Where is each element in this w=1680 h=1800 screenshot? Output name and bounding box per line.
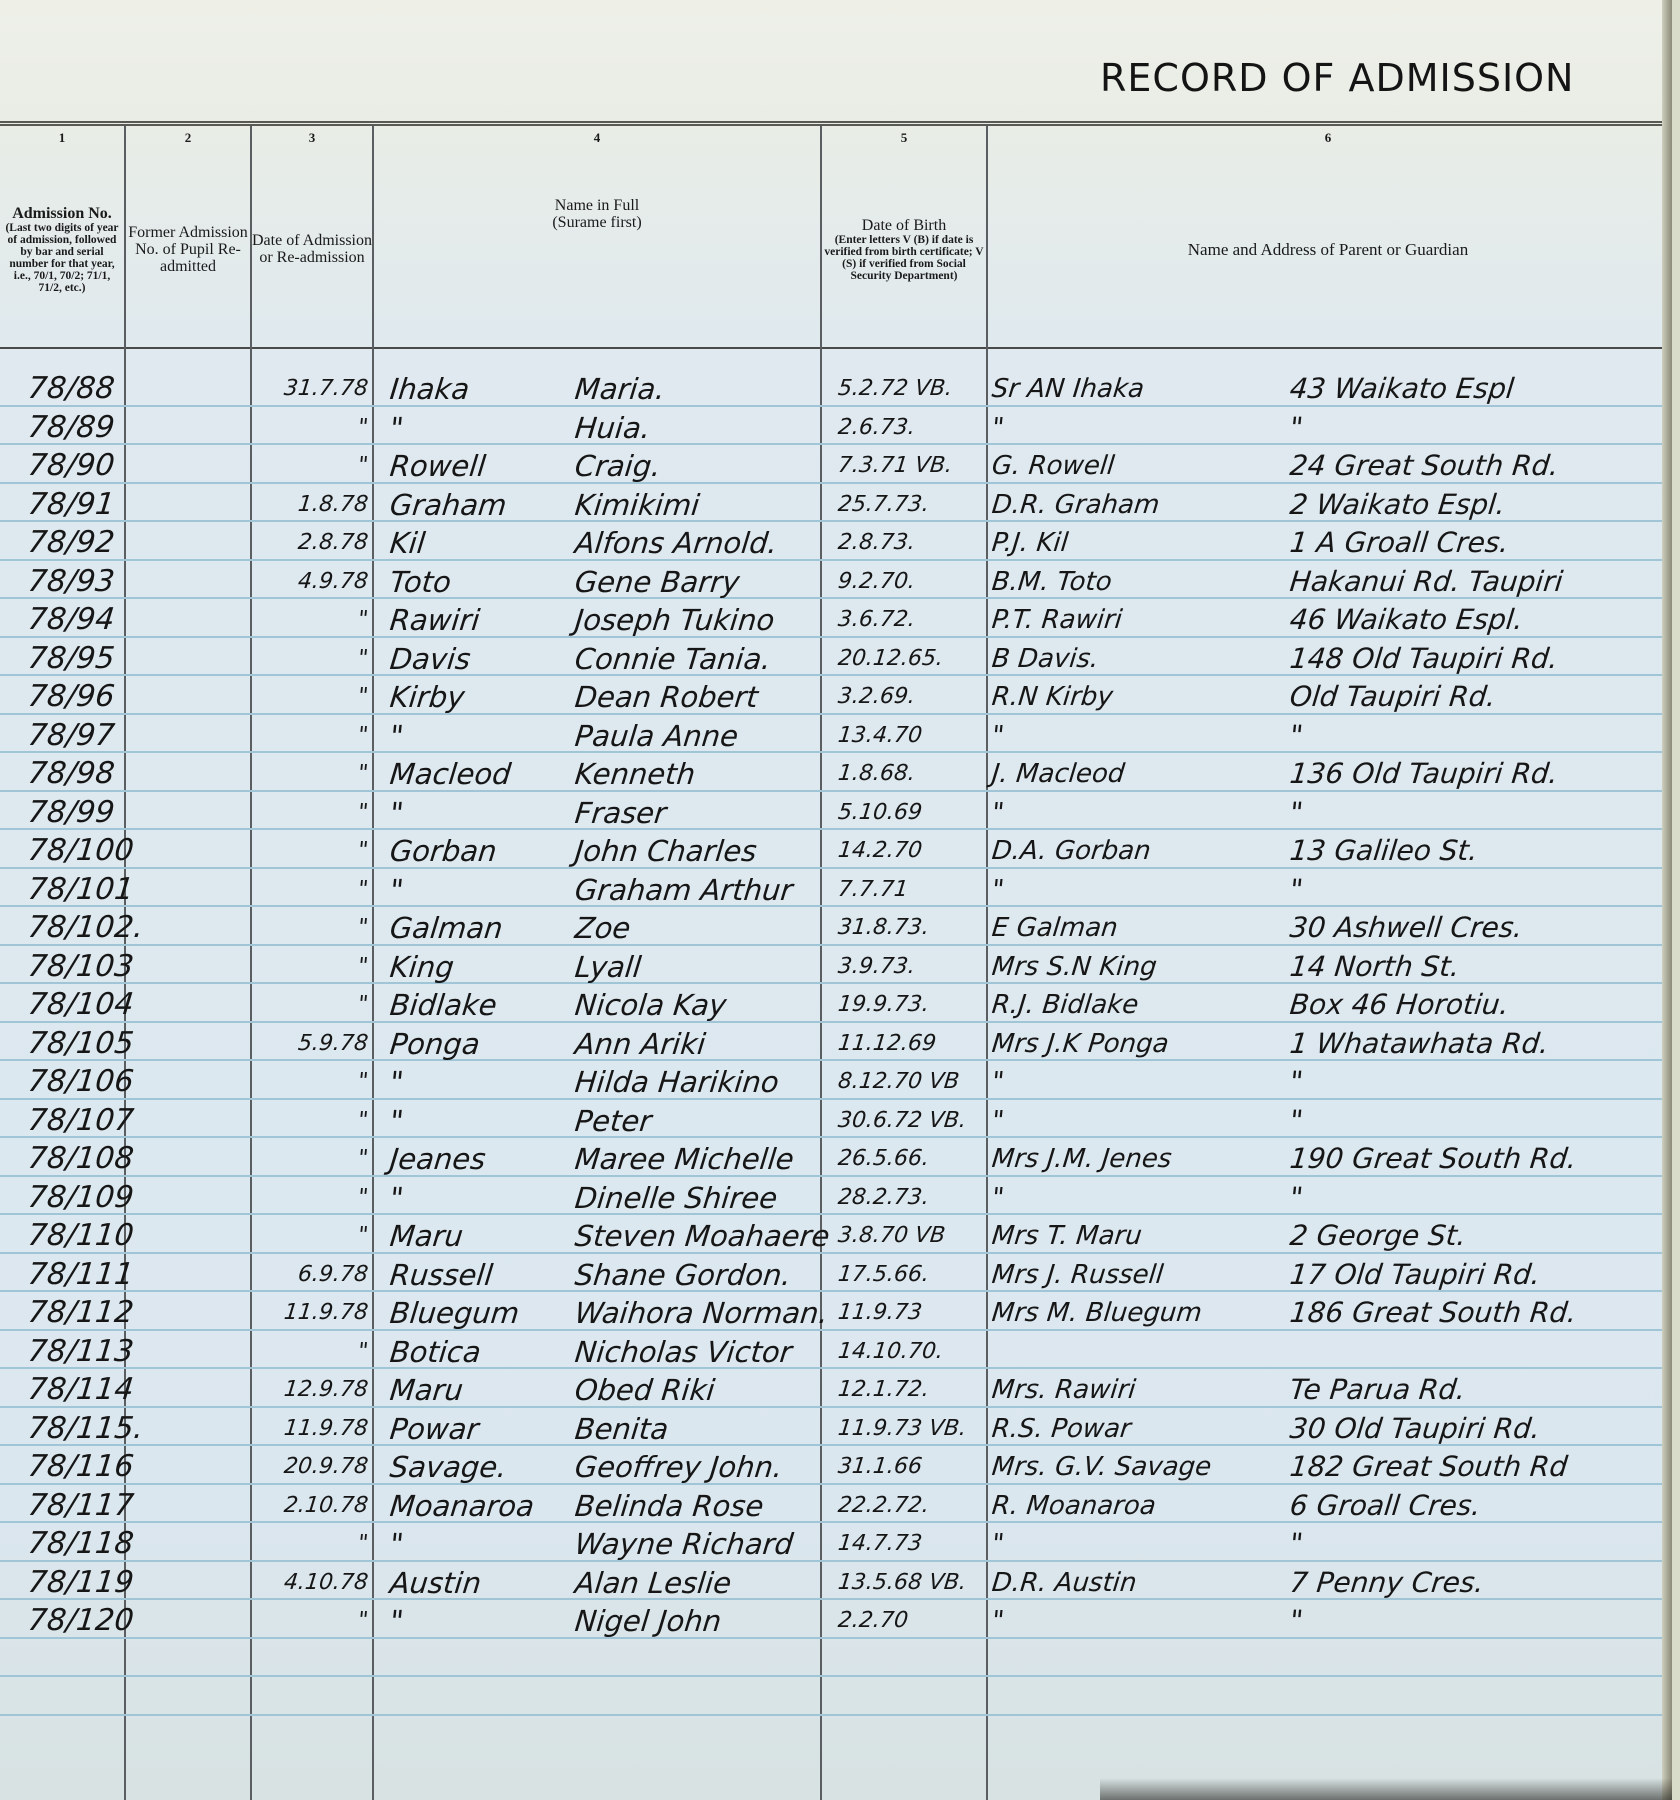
given-names: Obed Riki (573, 1373, 716, 1407)
ledger-page: RECORD OF ADMISSION 1 Admission No. (Las… (0, 0, 1672, 1800)
surname: Graham (388, 488, 508, 522)
parent-address: 13 Galileo St. (1288, 834, 1479, 868)
given-names: Nigel John (573, 1604, 723, 1638)
admission-date: " (238, 449, 370, 483)
parent-address: 1 Whatawhata Rd. (1288, 1027, 1550, 1061)
admission-date: " (238, 1181, 370, 1215)
date-of-birth: 13.4.70 (836, 719, 924, 753)
admission-number: 78/88 (26, 372, 116, 406)
column-label: Name and Address of Parent or Guardian (1188, 242, 1468, 257)
surname: Maru (388, 1373, 465, 1407)
parent-name: D.R. Austin (990, 1566, 1138, 1600)
column-header-parent-guardian: 6 Name and Address of Parent or Guardian (988, 130, 1668, 345)
parent-address: " (1288, 1181, 1304, 1215)
admission-date: " (238, 1104, 370, 1138)
parent-name: B.M. Toto (990, 565, 1113, 599)
date-of-birth: 11.12.69 (836, 1027, 938, 1061)
surname: " (388, 796, 405, 830)
surname: " (388, 1181, 405, 1215)
parent-address: 30 Ashwell Cres. (1288, 911, 1524, 945)
date-of-birth: 11.9.73 (836, 1296, 924, 1330)
admission-number: 78/104 (26, 988, 135, 1022)
admission-number: 78/115. (26, 1412, 145, 1446)
given-names: John Charles (573, 834, 758, 868)
given-names: Kimikimi (573, 488, 701, 522)
parent-name: D.R. Graham (990, 488, 1161, 522)
surname: " (388, 1604, 405, 1638)
parent-name: B Davis. (990, 642, 1100, 676)
date-of-birth: 26.5.66. (836, 1142, 931, 1176)
parent-address: 182 Great South Rd (1288, 1450, 1569, 1484)
date-of-birth: 2.2.70 (836, 1604, 910, 1638)
date-of-birth: 14.10.70. (836, 1335, 945, 1369)
date-of-birth: 5.10.69 (836, 796, 924, 830)
column-sublabel: (Surame first) (552, 214, 641, 231)
given-names: Lyall (573, 950, 643, 984)
date-of-birth: 25.7.73. (836, 488, 931, 522)
admission-date: " (238, 1604, 370, 1638)
date-of-birth: 1.8.68. (836, 757, 917, 791)
date-of-birth: 13.5.68 VB. (836, 1566, 968, 1600)
admission-number: 78/90 (26, 449, 116, 483)
surname: " (388, 1065, 405, 1099)
date-of-birth: 3.9.73. (836, 950, 917, 984)
column-number: 1 (59, 130, 66, 145)
given-names: Maree Michelle (573, 1142, 795, 1176)
parent-address: " (1288, 719, 1304, 753)
date-of-birth: 20.12.65. (836, 642, 945, 676)
date-of-birth: 31.1.66 (836, 1450, 924, 1484)
date-of-birth: 7.3.71 VB. (836, 449, 954, 483)
parent-address: " (1288, 796, 1304, 830)
given-names: Fraser (573, 796, 668, 830)
surname: Botica (388, 1335, 482, 1369)
admission-number: 78/107 (26, 1104, 135, 1138)
date-of-birth: 19.9.73. (836, 988, 931, 1022)
admission-date: 31.7.78 (238, 372, 370, 406)
given-names: Joseph Tukino (573, 603, 776, 637)
parent-address: 6 Groall Cres. (1288, 1489, 1482, 1523)
admission-number: 78/102. (26, 911, 145, 945)
given-names: Belinda Rose (573, 1489, 765, 1523)
column-number: 4 (594, 130, 601, 145)
parent-name: Mrs. G.V. Savage (990, 1450, 1213, 1484)
admission-number: 78/111 (26, 1258, 135, 1292)
surname: Rowell (388, 449, 487, 483)
surname: Ihaka (388, 372, 471, 406)
admission-date: 4.10.78 (238, 1566, 370, 1600)
admission-number: 78/100 (26, 834, 135, 868)
admission-number: 78/99 (26, 796, 116, 830)
column-header-date-of-birth: 5 Date of Birth (Enter letters V (B) if … (822, 130, 986, 345)
admission-number: 78/101 (26, 873, 135, 907)
column-sublabel: (Last two digits of year of admission, f… (2, 222, 122, 294)
parent-name: " (990, 411, 1006, 445)
given-names: Nicola Kay (573, 988, 728, 1022)
surname: Maru (388, 1219, 465, 1253)
parent-address: Te Paruа Rd. (1288, 1373, 1467, 1407)
parent-name: Mrs J.M. Jenes (990, 1142, 1173, 1176)
parent-address: 148 Old Taupiri Rd. (1288, 642, 1559, 676)
admission-number: 78/120 (26, 1604, 135, 1638)
ruled-line (0, 1675, 1668, 1677)
admission-number: 78/118 (26, 1527, 135, 1561)
admission-date: 1.8.78 (238, 488, 370, 522)
parent-address: " (1288, 1604, 1304, 1638)
column-number: 6 (1325, 130, 1332, 145)
given-names: Connie Tania. (573, 642, 772, 676)
admission-number: 78/89 (26, 411, 116, 445)
parent-address: " (1288, 1527, 1304, 1561)
parent-name: " (990, 1527, 1006, 1561)
parent-address: 30 Old Taupiri Rd. (1288, 1412, 1542, 1446)
given-names: Zoe (573, 911, 632, 945)
admission-date: " (238, 834, 370, 868)
parent-address: " (1288, 411, 1304, 445)
admission-date: 2.8.78 (238, 526, 370, 560)
admission-date: " (238, 1065, 370, 1099)
column-header-former-admission: 2 Former Admission No. of Pupil Re-admit… (126, 130, 250, 345)
admission-number: 78/96 (26, 680, 116, 714)
admission-number: 78/110 (26, 1219, 135, 1253)
date-of-birth: 2.6.73. (836, 411, 917, 445)
given-names: Benita (573, 1412, 670, 1446)
given-names: Steven Moahaere (573, 1219, 831, 1253)
parent-name: " (990, 796, 1006, 830)
admission-date: " (238, 873, 370, 907)
column-divider (986, 126, 988, 1800)
admission-number: 78/91 (26, 488, 116, 522)
given-names: Nicholas Victor (573, 1335, 793, 1369)
surname: Moanaroa (388, 1489, 536, 1523)
given-names: Alan Leslie (573, 1566, 733, 1600)
given-names: Graham Arthur (573, 873, 794, 907)
admission-date: 11.9.78 (238, 1296, 370, 1330)
surname: Rawiri (388, 603, 481, 637)
date-of-birth: 7.7.71 (836, 873, 910, 907)
surname: Jeanes (388, 1142, 487, 1176)
date-of-birth: 14.2.70 (836, 834, 924, 868)
column-label: Date of Admission or Re-admission (252, 232, 372, 266)
ruled-line (0, 1714, 1668, 1716)
parent-address: " (1288, 1104, 1304, 1138)
date-of-birth: 31.8.73. (836, 911, 931, 945)
admission-date: " (238, 1527, 370, 1561)
column-number: 3 (309, 130, 316, 145)
surname: " (388, 873, 405, 907)
given-names: Maria. (573, 372, 666, 406)
surname: Bluegum (388, 1296, 521, 1330)
surname: Powar (388, 1412, 480, 1446)
admission-date: 12.9.78 (238, 1373, 370, 1407)
admission-date: " (238, 680, 370, 714)
date-of-birth: 3.2.69. (836, 680, 917, 714)
parent-name: R.N Kirby (990, 680, 1114, 714)
surname: Russell (388, 1258, 494, 1292)
surname: Gorban (388, 834, 498, 868)
date-of-birth: 12.1.72. (836, 1373, 931, 1407)
column-divider (820, 126, 822, 1800)
parent-address: 1 A Groall Cres. (1288, 526, 1510, 560)
given-names: Craig. (573, 449, 662, 483)
parent-address: Hakanui Rd. Taupiri (1288, 565, 1564, 599)
column-label: Admission No. (2, 205, 122, 222)
date-of-birth: 14.7.73 (836, 1527, 924, 1561)
parent-name: Mrs T. Maru (990, 1219, 1143, 1253)
parent-name: R. Moanaroa (990, 1489, 1157, 1523)
parent-name: " (990, 1065, 1006, 1099)
admission-date: 20.9.78 (238, 1450, 370, 1484)
admission-date: " (238, 1142, 370, 1176)
parent-name: R.J. Bidlake (990, 988, 1140, 1022)
date-of-birth: 3.8.70 VB (836, 1219, 947, 1253)
date-of-birth: 17.5.66. (836, 1258, 931, 1292)
parent-name: " (990, 1604, 1006, 1638)
parent-address: Old Taupiri Rd. (1288, 680, 1497, 714)
parent-address: 190 Great South Rd. (1288, 1142, 1578, 1176)
parent-address: 43 Waikato Espl (1288, 372, 1515, 406)
parent-name: P.J. Kil (990, 526, 1070, 560)
given-names: Wayne Richard (573, 1527, 795, 1561)
column-header-name-in-full: 4 Name in Full (Surame first) (374, 130, 820, 345)
given-names: Hilda Harikino (573, 1065, 780, 1099)
parent-address: 46 Waikato Espl. (1288, 603, 1524, 637)
column-divider (372, 126, 374, 1800)
admission-date: " (238, 411, 370, 445)
parent-name: P.T. Rawiri (990, 603, 1124, 637)
parent-address: 2 Waikato Espl. (1288, 488, 1506, 522)
parent-name: J. Macleod (990, 757, 1126, 791)
given-names: Kenneth (573, 757, 697, 791)
surname: Ponga (388, 1027, 481, 1061)
admission-number: 78/114 (26, 1373, 135, 1407)
parent-address: 7 Penny Cres. (1288, 1566, 1485, 1600)
parent-name: E Galman (990, 911, 1119, 945)
surname: " (388, 411, 405, 445)
admission-number: 78/108 (26, 1142, 135, 1176)
parent-address: " (1288, 873, 1304, 907)
parent-name: Mrs S.N King (990, 950, 1158, 984)
parent-address: 17 Old Taupiri Rd. (1288, 1258, 1542, 1292)
admission-number: 78/106 (26, 1065, 135, 1099)
surname: Austin (388, 1566, 483, 1600)
admission-number: 78/112 (26, 1296, 135, 1330)
given-names: Peter (573, 1104, 653, 1138)
admission-number: 78/98 (26, 757, 116, 791)
date-of-birth: 22.2.72. (836, 1489, 931, 1523)
admission-date: 4.9.78 (238, 565, 370, 599)
date-of-birth: 11.9.73 VB. (836, 1412, 968, 1446)
column-number: 2 (185, 130, 192, 145)
given-names: Alfons Arnold. (573, 526, 779, 560)
surname: " (388, 719, 405, 753)
surname: Kirby (388, 680, 466, 714)
surname: Galman (388, 911, 504, 945)
admission-number: 78/92 (26, 526, 116, 560)
page-shadow (1100, 1778, 1672, 1800)
surname: Davis (388, 642, 472, 676)
surname: Macleod (388, 757, 512, 791)
parent-name: Mrs J.K Ponga (990, 1027, 1170, 1061)
parent-address: 14 North St. (1288, 950, 1461, 984)
page-edge (1662, 0, 1672, 1800)
admission-date: 5.9.78 (238, 1027, 370, 1061)
admission-number: 78/97 (26, 719, 116, 753)
surname: " (388, 1527, 405, 1561)
admission-date: 6.9.78 (238, 1258, 370, 1292)
given-names: Dean Robert (573, 680, 760, 714)
date-of-birth: 8.12.70 VB (836, 1065, 961, 1099)
parent-address: 186 Great South Rd. (1288, 1296, 1578, 1330)
column-label: Former Admission No. of Pupil Re-admitte… (126, 224, 250, 275)
admission-date: " (238, 950, 370, 984)
parent-name: " (990, 719, 1006, 753)
admission-number: 78/119 (26, 1566, 135, 1600)
parent-address: 24 Great South Rd. (1288, 449, 1560, 483)
admission-date: " (238, 603, 370, 637)
given-names: Gene Barry (573, 565, 741, 599)
column-number: 5 (901, 130, 908, 145)
parent-name: " (990, 1181, 1006, 1215)
given-names: Waihora Norman. (573, 1296, 830, 1330)
parent-address: Box 46 Horotiu. (1288, 988, 1510, 1022)
date-of-birth: 5.2.72 VB. (836, 372, 954, 406)
given-names: Huia. (573, 411, 652, 445)
parent-address: " (1288, 1065, 1304, 1099)
admission-number: 78/113 (26, 1335, 135, 1369)
surname: King (388, 950, 455, 984)
parent-name: R.S. Powar (990, 1412, 1132, 1446)
parent-name: " (990, 1104, 1006, 1138)
date-of-birth: 2.8.73. (836, 526, 917, 560)
parent-name: Mrs. Rawiri (990, 1373, 1137, 1407)
given-names: Ann Ariki (573, 1027, 707, 1061)
column-label: Date of Birth (822, 217, 986, 234)
given-names: Dinelle Shiree (573, 1181, 779, 1215)
admission-date: " (238, 911, 370, 945)
date-of-birth: 28.2.73. (836, 1181, 931, 1215)
date-of-birth: 30.6.72 VB. (836, 1104, 968, 1138)
surname: Savage. (388, 1450, 508, 1484)
parent-name: G. Rowell (990, 449, 1116, 483)
parent-name: Mrs J. Russell (990, 1258, 1165, 1292)
admission-number: 78/109 (26, 1181, 135, 1215)
column-sublabel: (Enter letters V (B) if date is verified… (822, 234, 986, 282)
given-names: Shane Gordon. (573, 1258, 792, 1292)
admission-number: 78/93 (26, 565, 116, 599)
date-of-birth: 9.2.70. (836, 565, 917, 599)
column-header-date-of-admission: 3 Date of Admission or Re-admission (252, 130, 372, 345)
admission-date: " (238, 719, 370, 753)
admission-number: 78/103 (26, 950, 135, 984)
page-title: RECORD OF ADMISSION (1100, 56, 1574, 100)
admission-date: " (238, 642, 370, 676)
admission-number: 78/105 (26, 1027, 135, 1061)
parent-name: Sr AN Ihaka (990, 372, 1146, 406)
given-names: Paula Anne (573, 719, 740, 753)
admission-date: " (238, 796, 370, 830)
column-label: Name in Full (552, 197, 641, 214)
column-header-admission-no: 1 Admission No. (Last two digits of year… (2, 130, 122, 345)
admission-date: " (238, 757, 370, 791)
given-names: Geoffrey John. (573, 1450, 784, 1484)
surname: Kil (388, 526, 427, 560)
parent-address: 136 Old Taupiri Rd. (1288, 757, 1559, 791)
admission-number: 78/117 (26, 1489, 135, 1523)
date-of-birth: 3.6.72. (836, 603, 917, 637)
parent-name: Mrs M. Bluegum (990, 1296, 1203, 1330)
admission-date: 2.10.78 (238, 1489, 370, 1523)
parent-name: " (990, 873, 1006, 907)
admission-date: " (238, 1335, 370, 1369)
admission-date: " (238, 1219, 370, 1253)
admission-number: 78/116 (26, 1450, 135, 1484)
surname: Bidlake (388, 988, 498, 1022)
surname: Toto (388, 565, 453, 599)
surname: " (388, 1104, 405, 1138)
admission-number: 78/95 (26, 642, 116, 676)
admission-number: 78/94 (26, 603, 116, 637)
admission-date: 11.9.78 (238, 1412, 370, 1446)
parent-address: 2 George St. (1288, 1219, 1467, 1253)
parent-name: D.A. Gorban (990, 834, 1152, 868)
admission-date: " (238, 988, 370, 1022)
